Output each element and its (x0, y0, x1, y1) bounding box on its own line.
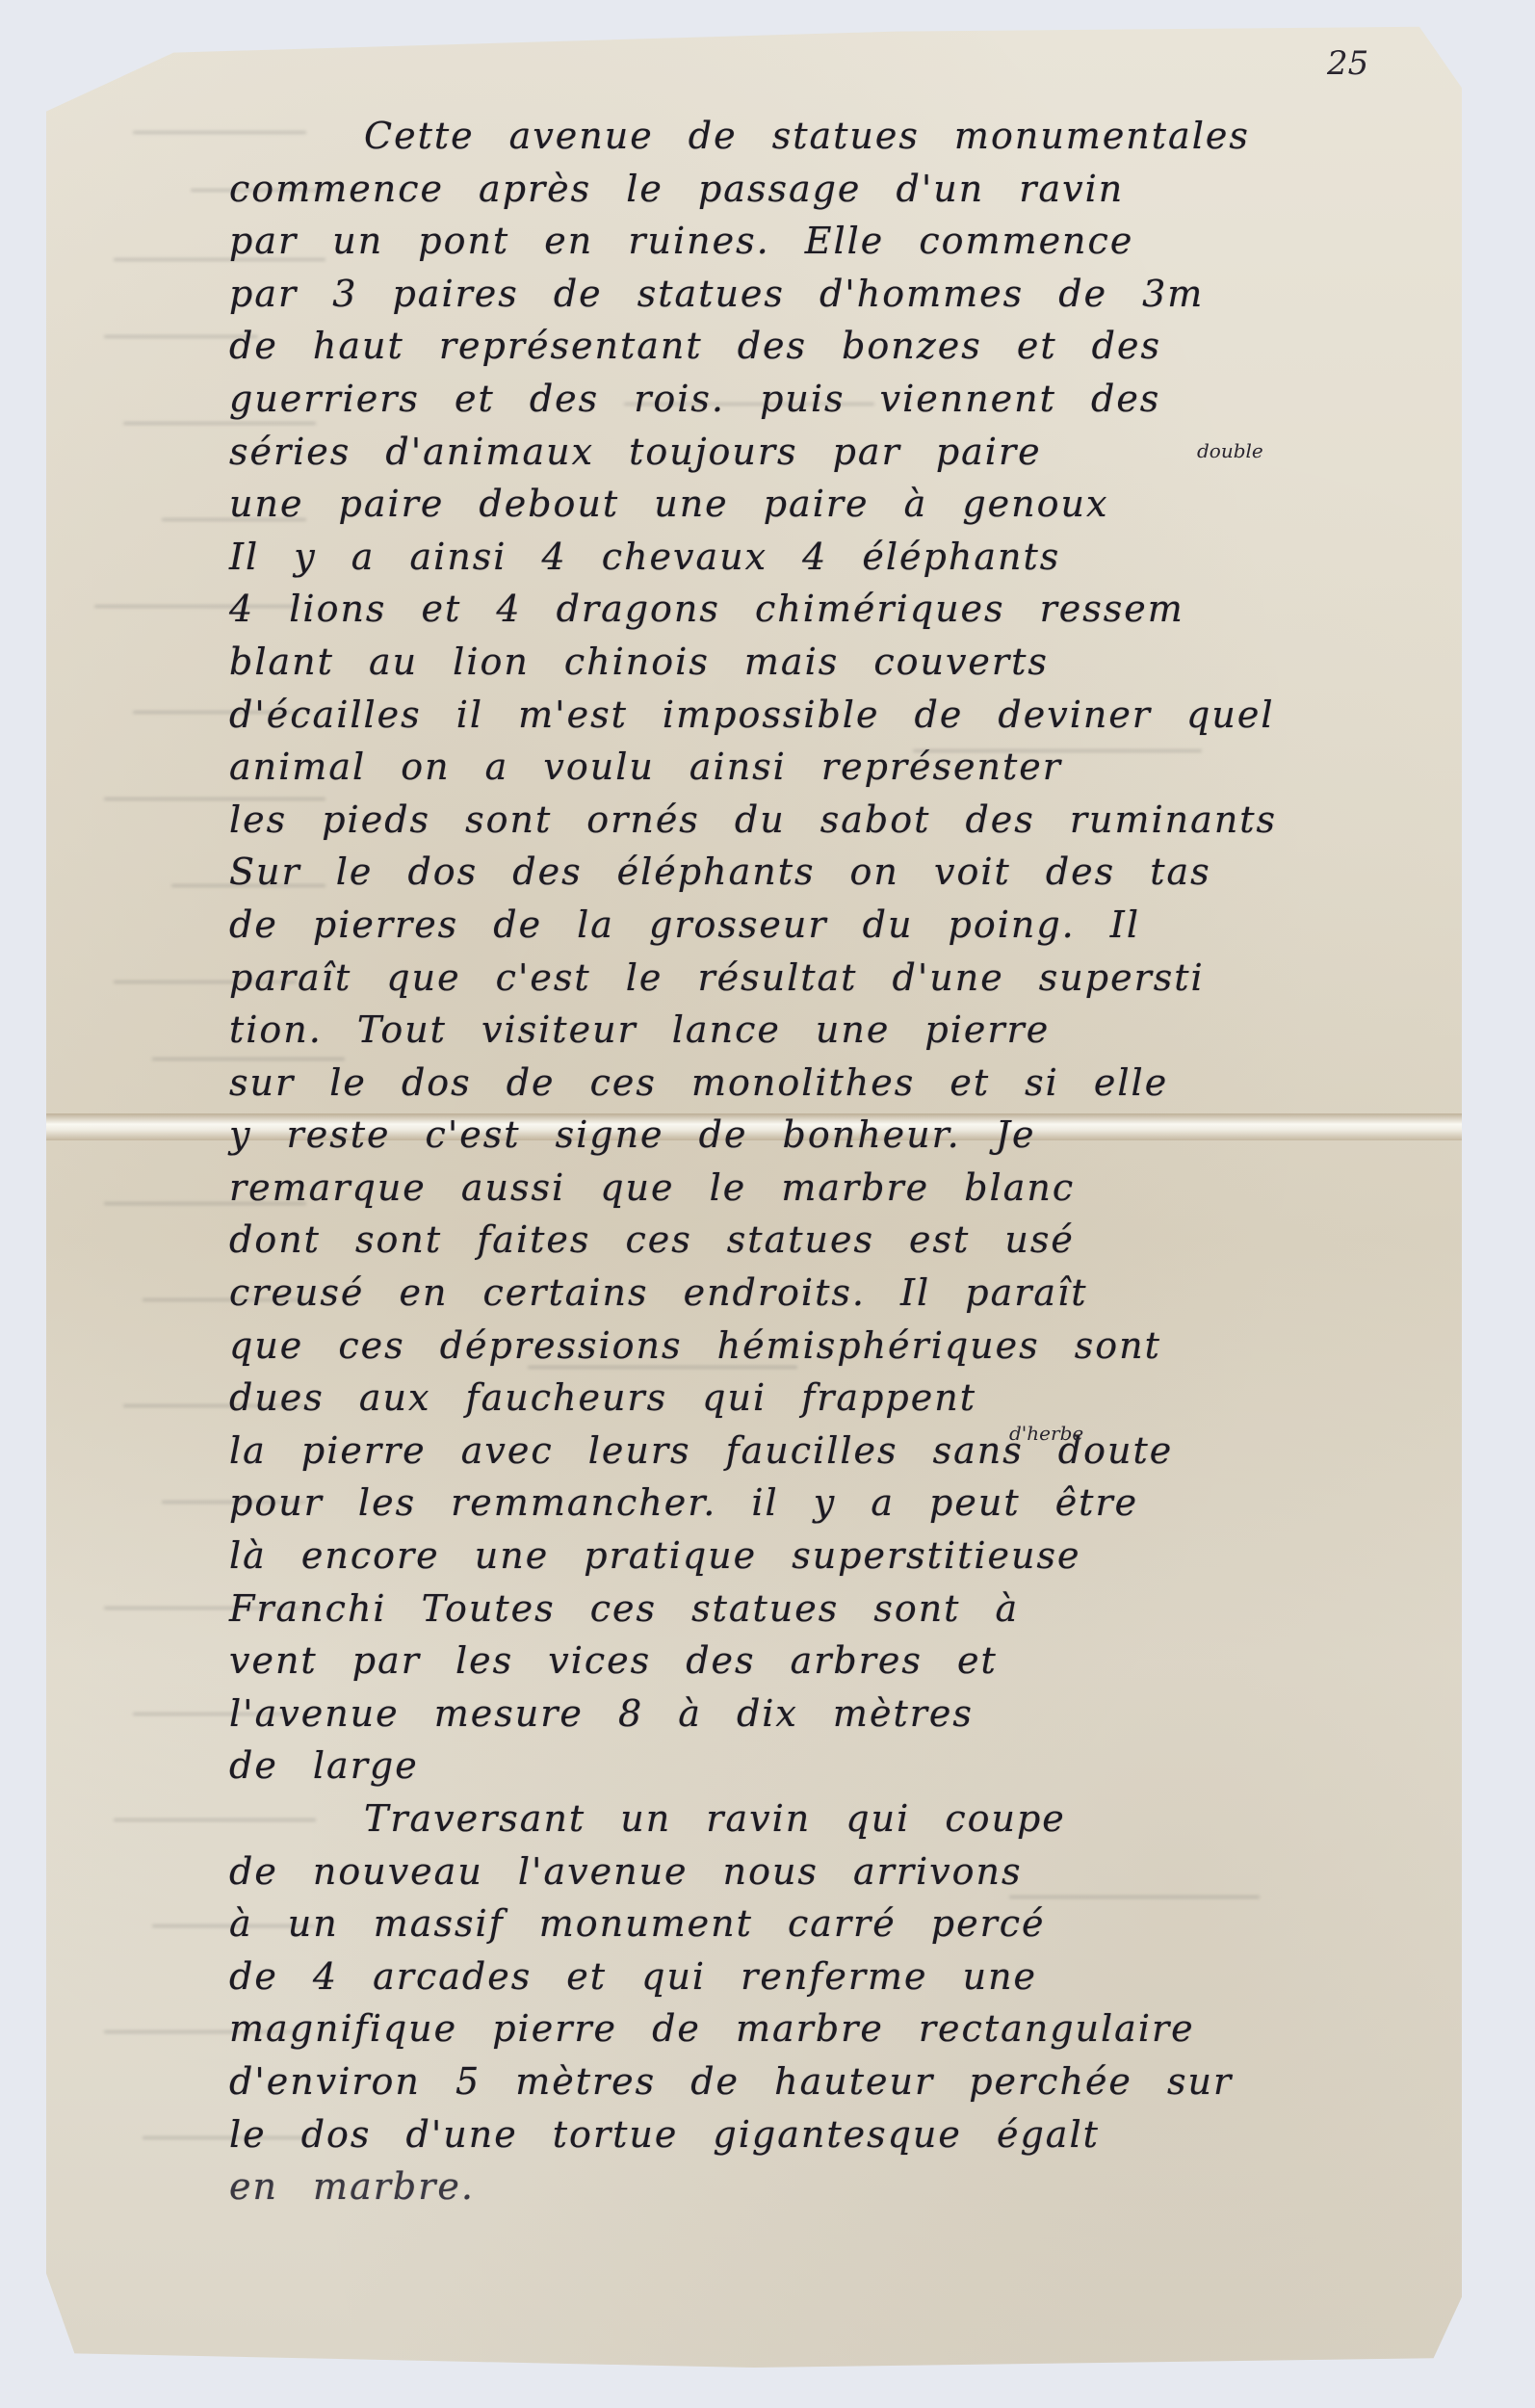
manuscript-line: pour les remmancher. il y a peut être (229, 1477, 1443, 1530)
manuscript-line: guerriers et des rois. puis viennent des (229, 373, 1443, 426)
manuscript-line: Franchi Toutes ces statues sont à (229, 1583, 1443, 1636)
manuscript-line: magnifique pierre de marbre rectangulair… (229, 2002, 1443, 2055)
manuscript-line: de pierres de la grosseur du poing. Il (229, 899, 1443, 952)
manuscript-line: les pieds sont ornés du sabot des rumina… (229, 794, 1443, 847)
manuscript-line: de nouveau l'avenue nous arrivons (229, 1845, 1443, 1898)
manuscript-line: l'avenue mesure 8 à dix mètres (229, 1688, 1443, 1741)
manuscript-line: une paire debout une paire à genoux (229, 478, 1443, 531)
manuscript-line: vent par les vices des arbres et (229, 1635, 1443, 1688)
manuscript-line: sur le dos de ces monolithes et si elle (229, 1057, 1443, 1110)
manuscript-line: tion. Tout visiteur lance une pierre (229, 1004, 1443, 1057)
manuscript-line: là encore une pratique superstitieuse (229, 1530, 1443, 1583)
page-number: 25 (1327, 44, 1368, 83)
manuscript-line: le dos d'une tortue gigantesque égalt (229, 2108, 1443, 2161)
manuscript-line: commence après le passage d'un ravin (229, 163, 1443, 216)
manuscript-line: par un pont en ruines. Elle commence (229, 215, 1443, 268)
interlinear-note: double (1197, 439, 1263, 462)
manuscript-line: que ces dépressions hémisphériques sont (229, 1320, 1443, 1373)
manuscript-line: animal on a voulu ainsi représenter (229, 741, 1443, 794)
manuscript-line: remarque aussi que le marbre blanc (229, 1162, 1443, 1215)
manuscript-line: blant au lion chinois mais couverts (229, 636, 1443, 689)
manuscript-line: dont sont faites ces statues est usé (229, 1214, 1443, 1267)
manuscript-line: 4 lions et 4 dragons chimériques ressem (229, 583, 1443, 636)
manuscript-line: y reste c'est signe de bonheur. Je (229, 1109, 1443, 1162)
manuscript-line: d'écailles il m'est impossible de devine… (229, 689, 1443, 742)
manuscript-line: de haut représentant des bonzes et des (229, 320, 1443, 373)
manuscript-line: Il y a ainsi 4 chevaux 4 éléphants (229, 531, 1443, 584)
manuscript-page: 25 Cette avenue de statues monumentales … (46, 17, 1462, 2368)
interlinear-note: d'herbe (1009, 1422, 1083, 1445)
manuscript-line: par 3 paires de statues d'hommes de 3m (229, 268, 1443, 321)
manuscript-line: à un massif monument carré percé (229, 1898, 1443, 1950)
manuscript-line: de large (229, 1740, 1443, 1793)
manuscript-line: la pierre avec leurs faucilles sans dout… (229, 1425, 1443, 1478)
manuscript-line: Cette avenue de statues monumentales (229, 110, 1443, 163)
manuscript-line: de 4 arcades et qui renferme une (229, 1950, 1443, 2003)
manuscript-line: en marbre. (229, 2160, 1443, 2213)
manuscript-line: Sur le dos des éléphants on voit des tas (229, 846, 1443, 899)
manuscript-line: paraît que c'est le résultat d'une super… (229, 952, 1443, 1005)
manuscript-text: Cette avenue de statues monumentales com… (229, 110, 1443, 2213)
manuscript-line: creusé en certains endroits. Il paraît (229, 1267, 1443, 1320)
manuscript-line: d'environ 5 mètres de hauteur perchée su… (229, 2055, 1443, 2108)
manuscript-line: dues aux faucheurs qui frappent (229, 1372, 1443, 1425)
manuscript-line: Traversant un ravin qui coupe (229, 1793, 1443, 1845)
